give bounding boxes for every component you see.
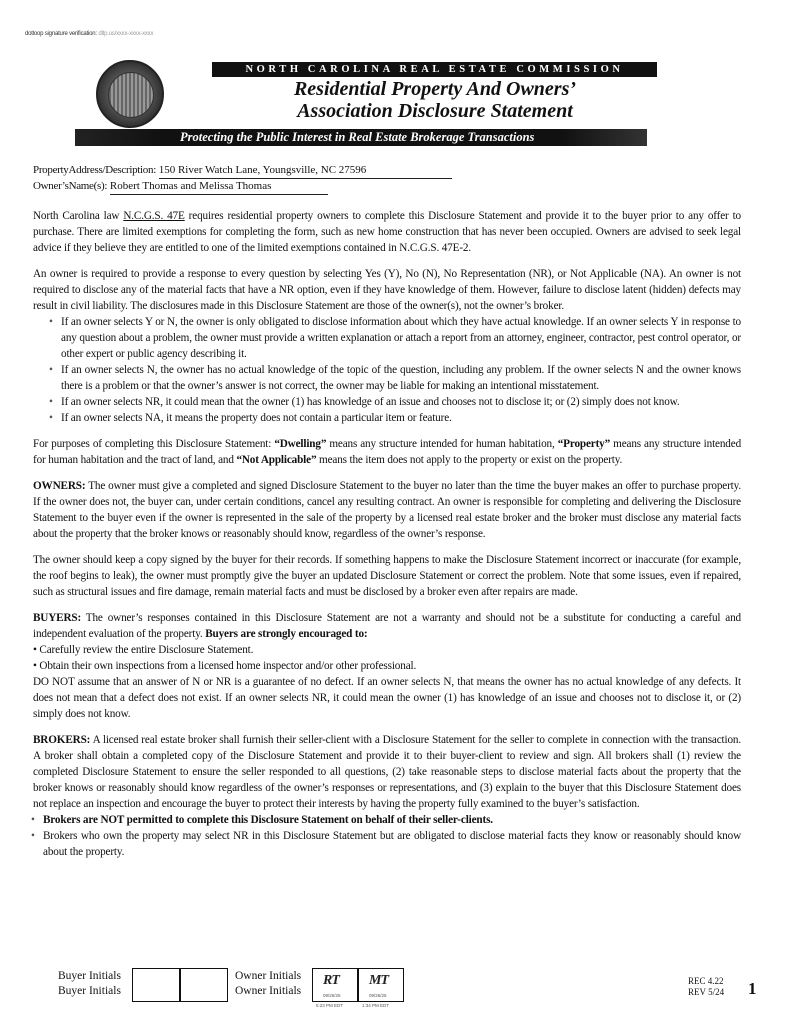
- page-title: Residential Property And Owners’ Associa…: [200, 78, 670, 122]
- list-item: If an owner selects N, the owner has no …: [51, 362, 741, 394]
- page-number: 1: [748, 979, 757, 999]
- address-label: PropertyAddress/Description:: [33, 164, 156, 176]
- owners-heading: OWNERS:: [33, 480, 85, 492]
- buyers-paragraph: BUYERS: The owner’s responses contained …: [33, 610, 741, 642]
- buyers-heading: BUYERS:: [33, 612, 81, 624]
- broker-bullets: Brokers are NOT permitted to complete th…: [33, 812, 741, 860]
- list-item: If an owner selects NA, it means the pro…: [51, 410, 741, 426]
- owner-signature-2: MT: [369, 973, 388, 989]
- owner-name-field[interactable]: Robert Thomas and Melissa Thomas: [110, 179, 328, 195]
- owner-initials-box-1[interactable]: RT 09/26/25: [312, 968, 358, 1002]
- response-bullets: If an owner selects Y or N, the owner is…: [33, 314, 741, 426]
- response-paragraph: An owner is required to provide a respon…: [33, 266, 741, 314]
- brokers-heading: BROKERS:: [33, 734, 90, 746]
- title-line-2: Association Disclosure Statement: [200, 100, 670, 122]
- list-item: • Carefully review the entire Disclosure…: [33, 642, 741, 658]
- intro-paragraph: North Carolina law N.C.G.S. 47E requires…: [33, 208, 741, 256]
- title-line-1: Residential Property And Owners’: [200, 78, 670, 100]
- owner-initials-labels: Owner Initials Owner Initials: [235, 969, 301, 999]
- signature-verification: dotloop signature verification: dtlp.us/…: [25, 31, 153, 37]
- form-revision: REC 4.22 REV 5/24: [688, 976, 724, 998]
- ncgs-link[interactable]: N.C.G.S. 47E: [123, 210, 184, 222]
- brokers-paragraph: BROKERS: A licensed real estate broker s…: [33, 732, 741, 812]
- buyer-initials-box-1[interactable]: [132, 968, 180, 1002]
- address-field[interactable]: 150 River Watch Lane, Youngsville, NC 27…: [159, 163, 452, 179]
- property-fields: PropertyAddress/Description: 150 River W…: [33, 163, 452, 195]
- verification-id[interactable]: dtlp.us/xxxx-xxxx-xxxx: [98, 31, 153, 37]
- list-item: Brokers who own the property may select …: [33, 828, 741, 860]
- list-item: If an owner selects NR, it could mean th…: [51, 394, 741, 410]
- definitions-paragraph: For purposes of completing this Disclosu…: [33, 436, 741, 468]
- nc-seal-icon: [96, 60, 164, 128]
- buyer-initials-labels: Buyer Initials Buyer Initials: [58, 969, 121, 999]
- owner-sig-2-time: 1:34 PM EDT: [362, 1003, 389, 1008]
- list-item: Brokers are NOT permitted to complete th…: [33, 812, 741, 828]
- owner-initials-box-2[interactable]: MT 09/26/25: [358, 968, 404, 1002]
- owner-sig-1-time: 5:23 PM EDT: [316, 1003, 343, 1008]
- buyer-initials-box-2[interactable]: [180, 968, 228, 1002]
- commission-banner: NORTH CAROLINA REAL ESTATE COMMISSION: [212, 62, 657, 77]
- list-item: • Obtain their own inspections from a li…: [33, 658, 741, 674]
- tagline-banner: Protecting the Public Interest in Real E…: [75, 129, 647, 146]
- verification-label: dotloop signature verification:: [25, 31, 97, 37]
- intro-section: North Carolina law N.C.G.S. 47E requires…: [33, 208, 741, 860]
- list-item: If an owner selects Y or N, the owner is…: [51, 314, 741, 362]
- owner-signature-1: RT: [323, 973, 339, 989]
- buyers-warning: DO NOT assume that an answer of N or NR …: [33, 674, 741, 722]
- owner-label: Owner’sName(s):: [33, 180, 107, 192]
- owners-paragraph: OWNERS: The owner must give a completed …: [33, 478, 741, 542]
- owners-update-paragraph: The owner should keep a copy signed by t…: [33, 552, 741, 600]
